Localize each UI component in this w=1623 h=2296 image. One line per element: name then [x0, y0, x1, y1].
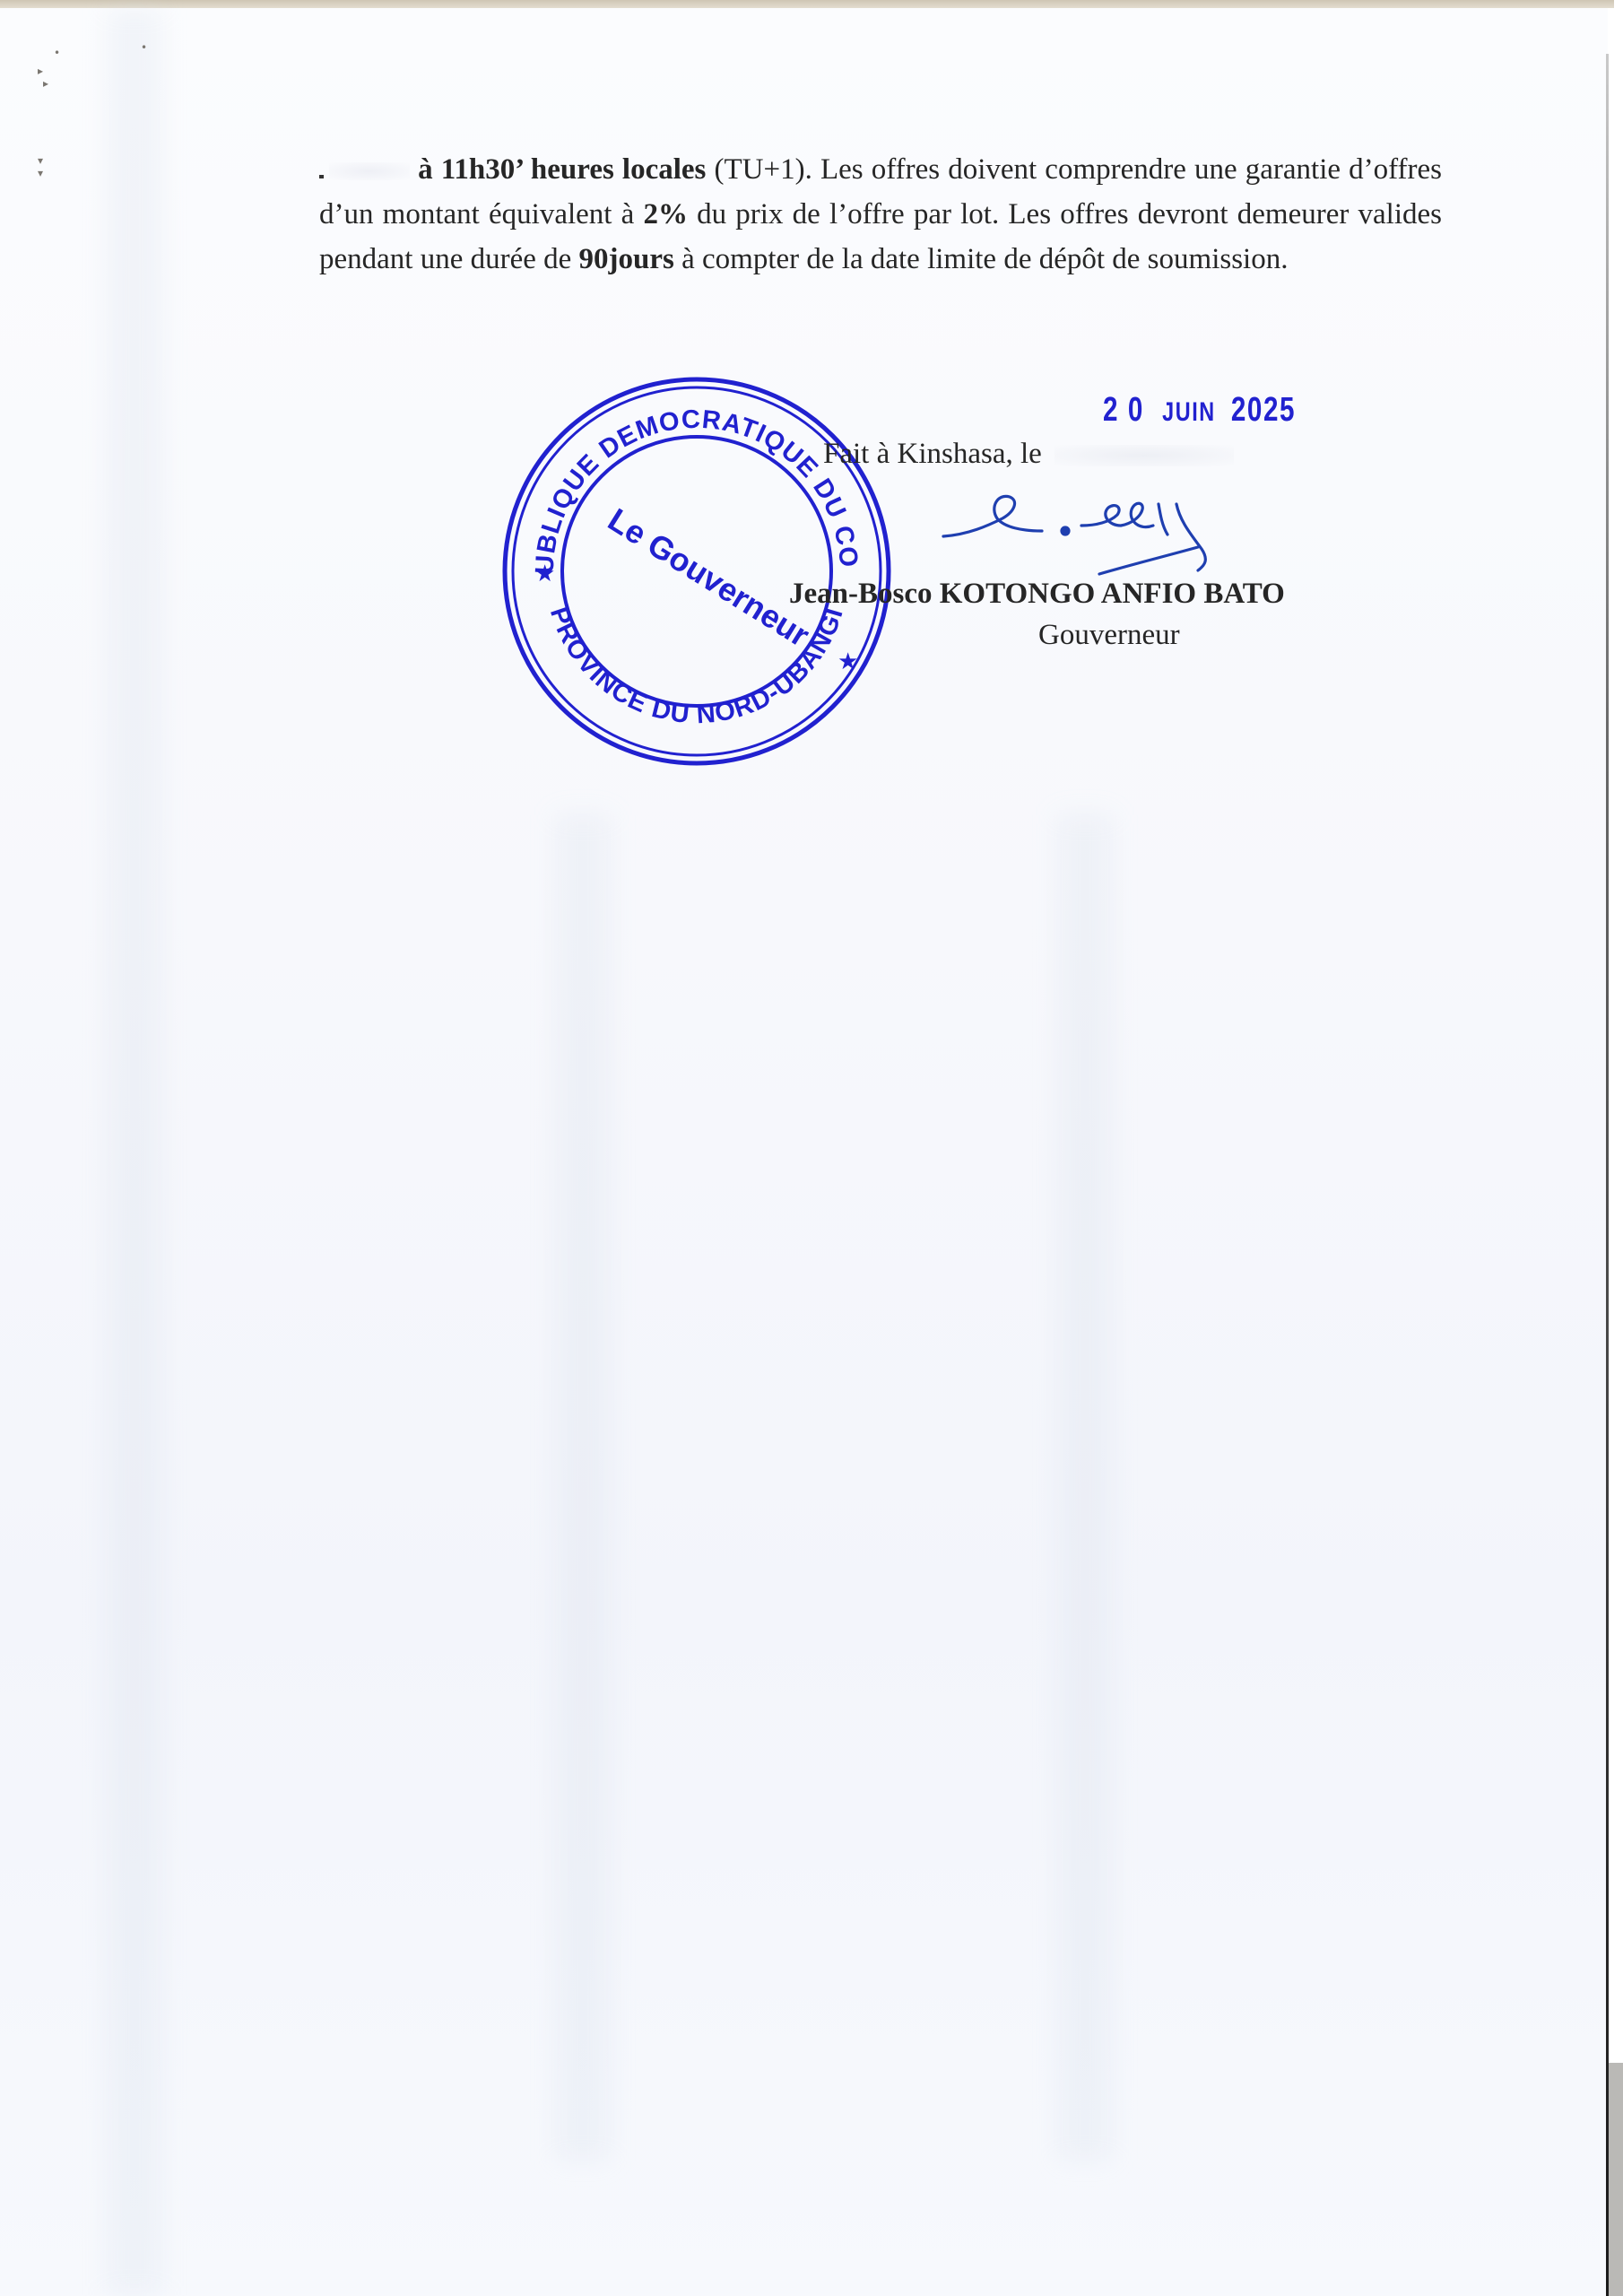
official-seal: REPUBLIQUE DEMOCRATIQUE DU CONGO PROVINC… — [499, 373, 895, 770]
paper-crease — [556, 815, 610, 2161]
scan-speck: • — [141, 41, 147, 54]
paragraph-segment: 90jours — [579, 243, 674, 275]
paragraph-segment: à 11h30’ heures locales — [418, 153, 706, 186]
scan-top-border — [0, 0, 1614, 8]
paragraph-segment: 2% — [643, 198, 688, 230]
date-stamp-day: 2 0 — [1103, 391, 1144, 429]
date-stamp-year: 2025 — [1231, 391, 1296, 429]
paragraph-segment: à compter de la date limite de dépôt de … — [674, 243, 1289, 275]
redacted-date — [329, 162, 410, 180]
star-icon: ★ — [838, 648, 858, 675]
signatory-name: Jean-Bosco KOTONGO ANFIO BATO — [789, 578, 1285, 611]
paper-right-edge — [1606, 54, 1609, 2296]
date-stamp: 2 0JUIN2025 — [1103, 391, 1296, 430]
scan-speck: ▸ — [43, 77, 48, 90]
scan-speck: ▾ — [38, 167, 43, 179]
paragraph-text: à 11h30’ heures locales (TU+1). Les offr… — [319, 147, 1442, 282]
paper-edge-shadow — [1609, 2063, 1623, 2296]
place-date-line: Fait à Kinshasa, le — [823, 438, 1234, 471]
star-icon: ★ — [534, 561, 555, 587]
redacted-date — [1055, 445, 1234, 466]
body-paragraph: à 11h30’ heures locales (TU+1). Les offr… — [319, 147, 1442, 282]
date-stamp-month: JUIN — [1162, 397, 1216, 427]
paper-sheet — [0, 8, 1608, 2296]
place-label: Fait à Kinshasa, le — [823, 438, 1042, 470]
signatory-title: Gouverneur — [1038, 619, 1180, 652]
paper-crease — [1058, 815, 1112, 2161]
scan-speck: ▸ — [38, 65, 43, 77]
redaction-mark — [319, 175, 324, 178]
scan-speck: • — [54, 47, 60, 59]
paper-crease — [108, 8, 161, 2295]
seal-center-text: Le Gouverneur — [602, 500, 816, 653]
scan-speck: ▾ — [38, 154, 43, 167]
